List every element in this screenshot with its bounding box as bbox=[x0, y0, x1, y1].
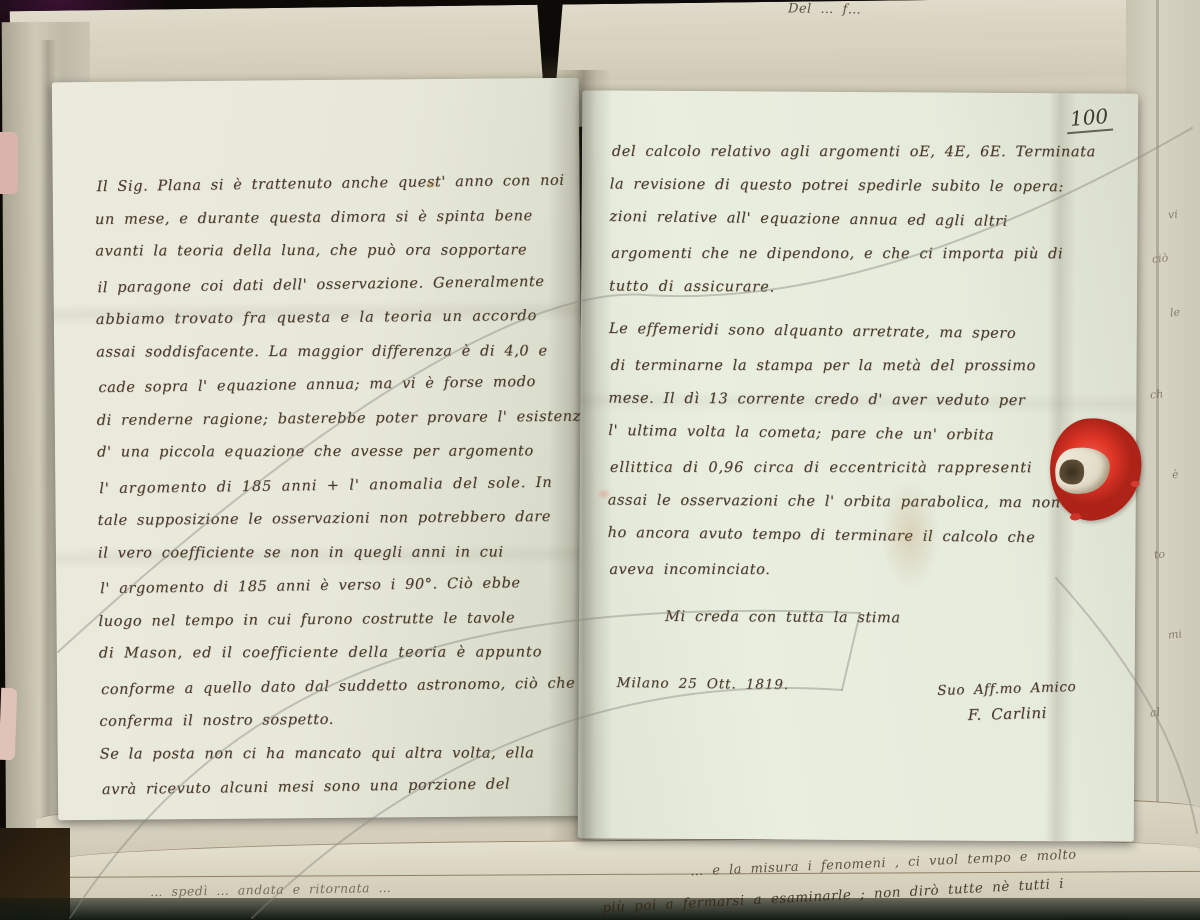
handwritten-line: Il Sig. Plana si è trattenuto anche ques… bbox=[97, 173, 568, 213]
signature-salutation: Suo Aff.mo Amico bbox=[937, 679, 1076, 699]
book-gutter-shadow bbox=[548, 70, 612, 840]
handwritten-line: l' argomento di 185 anni è verso i 90°. … bbox=[100, 575, 571, 615]
handwritten-line: d' una piccola equazione che avesse per … bbox=[97, 443, 568, 478]
handwritten-line: tale supposizione le osservazioni non po… bbox=[98, 509, 569, 547]
edge-writing-snippet: mi bbox=[1167, 627, 1182, 641]
wax-fleck bbox=[1131, 481, 1141, 488]
handwritten-line: il paragone coi dati dell' osservazione.… bbox=[97, 273, 568, 313]
top-page-fragment-text: Del … f… bbox=[788, 1, 862, 17]
handwritten-line: assai le osservazioni che l' orbita para… bbox=[608, 492, 1122, 529]
handwritten-line: abbiamo trovato fra questa e la teoria u… bbox=[96, 308, 567, 346]
handwritten-line: Le effemeridi sono alquanto arretrate, m… bbox=[609, 321, 1123, 361]
table-shadow-bottom bbox=[0, 898, 1200, 920]
handwritten-line: aveva incominciato. bbox=[609, 562, 1123, 596]
handwritten-line: di terminarne la stampa per la metà del … bbox=[611, 358, 1125, 392]
handwritten-line: luogo nel tempo in cui furono costrutte … bbox=[98, 609, 569, 647]
left-page-text-block: Il Sig. Plana si è trattenuto anche ques… bbox=[95, 174, 572, 815]
foxing-stain bbox=[425, 180, 437, 189]
edge-writing-snippet: vi bbox=[1167, 208, 1178, 222]
handwritten-line: zioni relative all' equazione annua ed a… bbox=[609, 209, 1123, 249]
letter-page-left: Il Sig. Plana si è trattenuto anche ques… bbox=[52, 78, 585, 821]
handwritten-line: un mese, e durante questa dimora si è sp… bbox=[95, 207, 566, 245]
edge-writing-snippet: al bbox=[1149, 706, 1160, 720]
edge-writing-snippet: le bbox=[1169, 306, 1180, 320]
handwritten-line: il vero coefficiente se non in quegli an… bbox=[98, 544, 569, 579]
edge-writing-snippet: ch bbox=[1149, 387, 1164, 401]
wax-seal bbox=[1045, 413, 1147, 524]
handwritten-line: l' argomento di 185 anni + l' anomalia d… bbox=[99, 474, 570, 514]
handwritten-line: avrà ricevuto alcuni mesi sono una porzi… bbox=[102, 776, 573, 816]
ink-smudge bbox=[596, 488, 612, 500]
handwritten-line: conforme a quello dato dal suddetto astr… bbox=[101, 675, 572, 715]
handwritten-line: del calcolo relativo agli argomenti oE, … bbox=[612, 144, 1126, 178]
edge-writing-snippet: to bbox=[1153, 547, 1165, 561]
signature-block: Suo Aff.mo Amico F. Carlini bbox=[937, 679, 1077, 725]
handwritten-line: la revisione di questo potrei spedirle s… bbox=[610, 176, 1124, 213]
handwritten-line: argomenti che ne dipendono, e che ci imp… bbox=[611, 246, 1125, 280]
handwritten-line: di renderne ragione; basterebbe poter pr… bbox=[97, 408, 568, 446]
wax-fleck bbox=[1069, 513, 1081, 521]
letter-closing: Mi creda con tutta la stima bbox=[665, 609, 1121, 646]
handwritten-line: ho ancora avuto tempo di terminare il ca… bbox=[607, 525, 1121, 565]
handwritten-line: avanti la teoria della luna, che può ora… bbox=[95, 242, 566, 277]
handwritten-line: di Mason, ed il coefficiente della teori… bbox=[99, 644, 570, 679]
pink-paper-tab-upper bbox=[0, 132, 18, 194]
handwritten-line: conferma il nostro sospetto. bbox=[99, 710, 570, 748]
handwritten-line: assai soddisfacente. La maggior differen… bbox=[96, 343, 567, 378]
signature-name: F. Carlini bbox=[938, 703, 1078, 725]
handwritten-line: tutto di assicurare. bbox=[609, 278, 1123, 315]
handwritten-line: Se la posta non ci ha mancato qui altra … bbox=[100, 745, 571, 780]
edge-writing-snippet: ciò bbox=[1151, 251, 1169, 266]
handwritten-line: cade sopra l' equazione annua; ma vi è f… bbox=[98, 374, 569, 414]
foxing-stain bbox=[880, 480, 940, 590]
page-number: 100 bbox=[1065, 104, 1113, 135]
handwritten-line: ellittica di 0,96 circa di eccentricità … bbox=[610, 460, 1124, 494]
under-paper-right-crease bbox=[1156, 0, 1159, 920]
edge-writing-snippet: è bbox=[1171, 468, 1179, 482]
manuscript-photo: Del … f… vi ciò le ch è to mi al … ( Per… bbox=[0, 0, 1200, 920]
pink-paper-tab-lower bbox=[0, 688, 17, 761]
